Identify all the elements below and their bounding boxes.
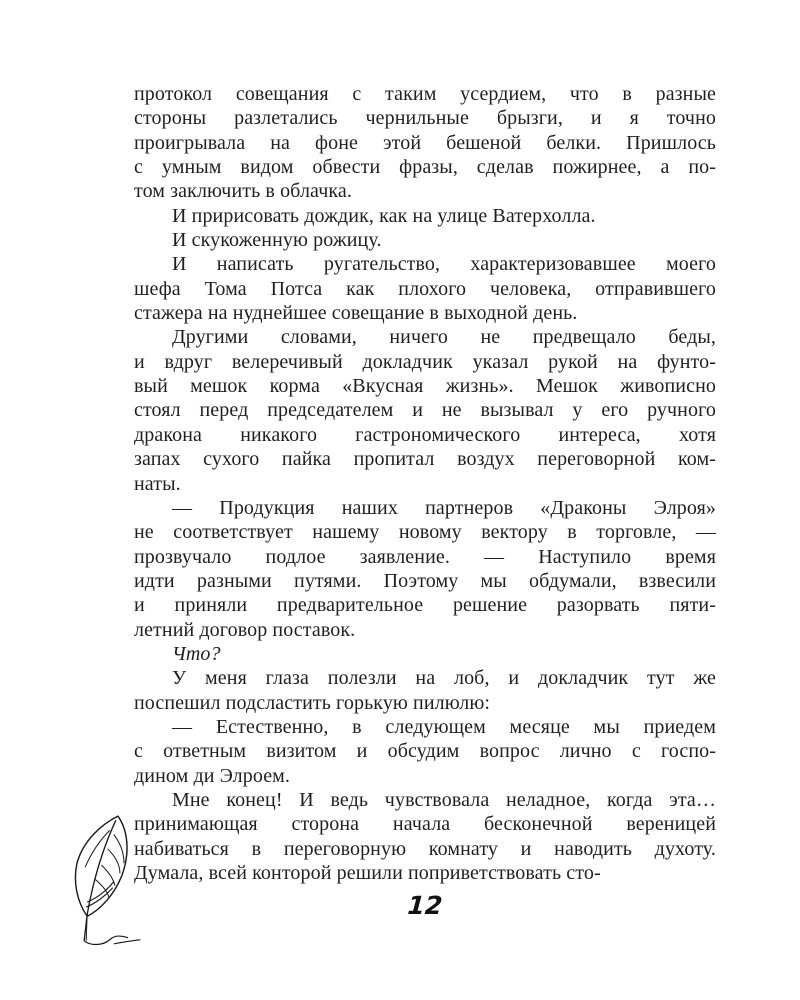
text-line: набиваться в переговорную комнату и наво… bbox=[134, 837, 716, 861]
text-line: Мне конец! И ведь чувствовала неладное, … bbox=[134, 788, 716, 812]
paragraph: Мне конец! И ведь чувствовала неладное, … bbox=[134, 788, 716, 885]
paragraph: протокол совещания с таким усердием, что… bbox=[134, 82, 716, 204]
text-line: И написать ругательство, характеризовавш… bbox=[134, 252, 716, 276]
text-line: дракона никакого гастрономического интер… bbox=[134, 423, 716, 447]
text-line: протокол совещания с таким усердием, что… bbox=[134, 82, 716, 106]
text-line: Другими словами, ничего не предвещало бе… bbox=[134, 325, 716, 349]
paragraph: Что? bbox=[134, 642, 716, 666]
page-text: протокол совещания с таким усердием, что… bbox=[134, 82, 716, 885]
text-line: не соответствует нашему новому вектору в… bbox=[134, 520, 716, 544]
text-line: Что? bbox=[134, 642, 716, 666]
text-line: вый мешок корма «Вкусная жизнь». Мешок ж… bbox=[134, 374, 716, 398]
paragraph: — Продукция наших партнеров «Драконы Элр… bbox=[134, 496, 716, 642]
text-line: с умным видом обвести фразы, сделав пожи… bbox=[134, 155, 716, 179]
text-line: и вдруг велеречивый докладчик указал рук… bbox=[134, 350, 716, 374]
text-line: запах сухого пайка пропитал воздух перег… bbox=[134, 447, 716, 471]
text-line: наты. bbox=[134, 472, 716, 496]
page-number: 12 bbox=[133, 891, 717, 920]
paragraph: У меня глаза полезли на лоб, и докладчик… bbox=[134, 666, 716, 715]
text-line: дином ди Элроем. bbox=[134, 764, 716, 788]
quill-feather-illustration bbox=[56, 812, 144, 950]
quill-feather-icon bbox=[56, 812, 144, 950]
text-line: И скукоженную рожицу. bbox=[134, 228, 716, 252]
text-line: — Продукция наших партнеров «Драконы Элр… bbox=[134, 496, 716, 520]
paragraph: — Естественно, в следующем месяце мы при… bbox=[134, 715, 716, 788]
text-line: с ответным визитом и обсудим вопрос личн… bbox=[134, 739, 716, 763]
paragraph: И написать ругательство, характеризовавш… bbox=[134, 252, 716, 325]
text-line: том заключить в облачка. bbox=[134, 179, 716, 203]
text-line: проигрывала на фоне этой бешеной белки. … bbox=[134, 131, 716, 155]
book-page: протокол совещания с таким усердием, что… bbox=[0, 0, 800, 1000]
text-line: Думала, всей конторой решили поприветств… bbox=[134, 861, 716, 885]
text-line: принимающая сторона начала бесконечной в… bbox=[134, 812, 716, 836]
text-line: И пририсовать дождик, как на улице Ватер… bbox=[134, 204, 716, 228]
paragraph: И скукоженную рожицу. bbox=[134, 228, 716, 252]
text-line: идти разными путями. Поэтому мы обдумали… bbox=[134, 569, 716, 593]
text-line: стоял перед председателем и не вызывал у… bbox=[134, 398, 716, 422]
text-line: поспешил подсластить горькую пилюлю: bbox=[134, 691, 716, 715]
text-line: — Естественно, в следующем месяце мы при… bbox=[134, 715, 716, 739]
text-line: шефа Тома Потса как плохого человека, от… bbox=[134, 277, 716, 301]
text-line: стажера на нуднейшее совещание в выходно… bbox=[134, 301, 716, 325]
text-line: стороны разлетались чернильные брызги, и… bbox=[134, 106, 716, 130]
text-line: летний договор поставок. bbox=[134, 618, 716, 642]
text-line: и приняли предварительное решение разорв… bbox=[134, 593, 716, 617]
paragraph: Другими словами, ничего не предвещало бе… bbox=[134, 325, 716, 495]
text-line: прозвучало подлое заявление. — Наступило… bbox=[134, 545, 716, 569]
text-line: У меня глаза полезли на лоб, и докладчик… bbox=[134, 666, 716, 690]
paragraph: И пририсовать дождик, как на улице Ватер… bbox=[134, 204, 716, 228]
